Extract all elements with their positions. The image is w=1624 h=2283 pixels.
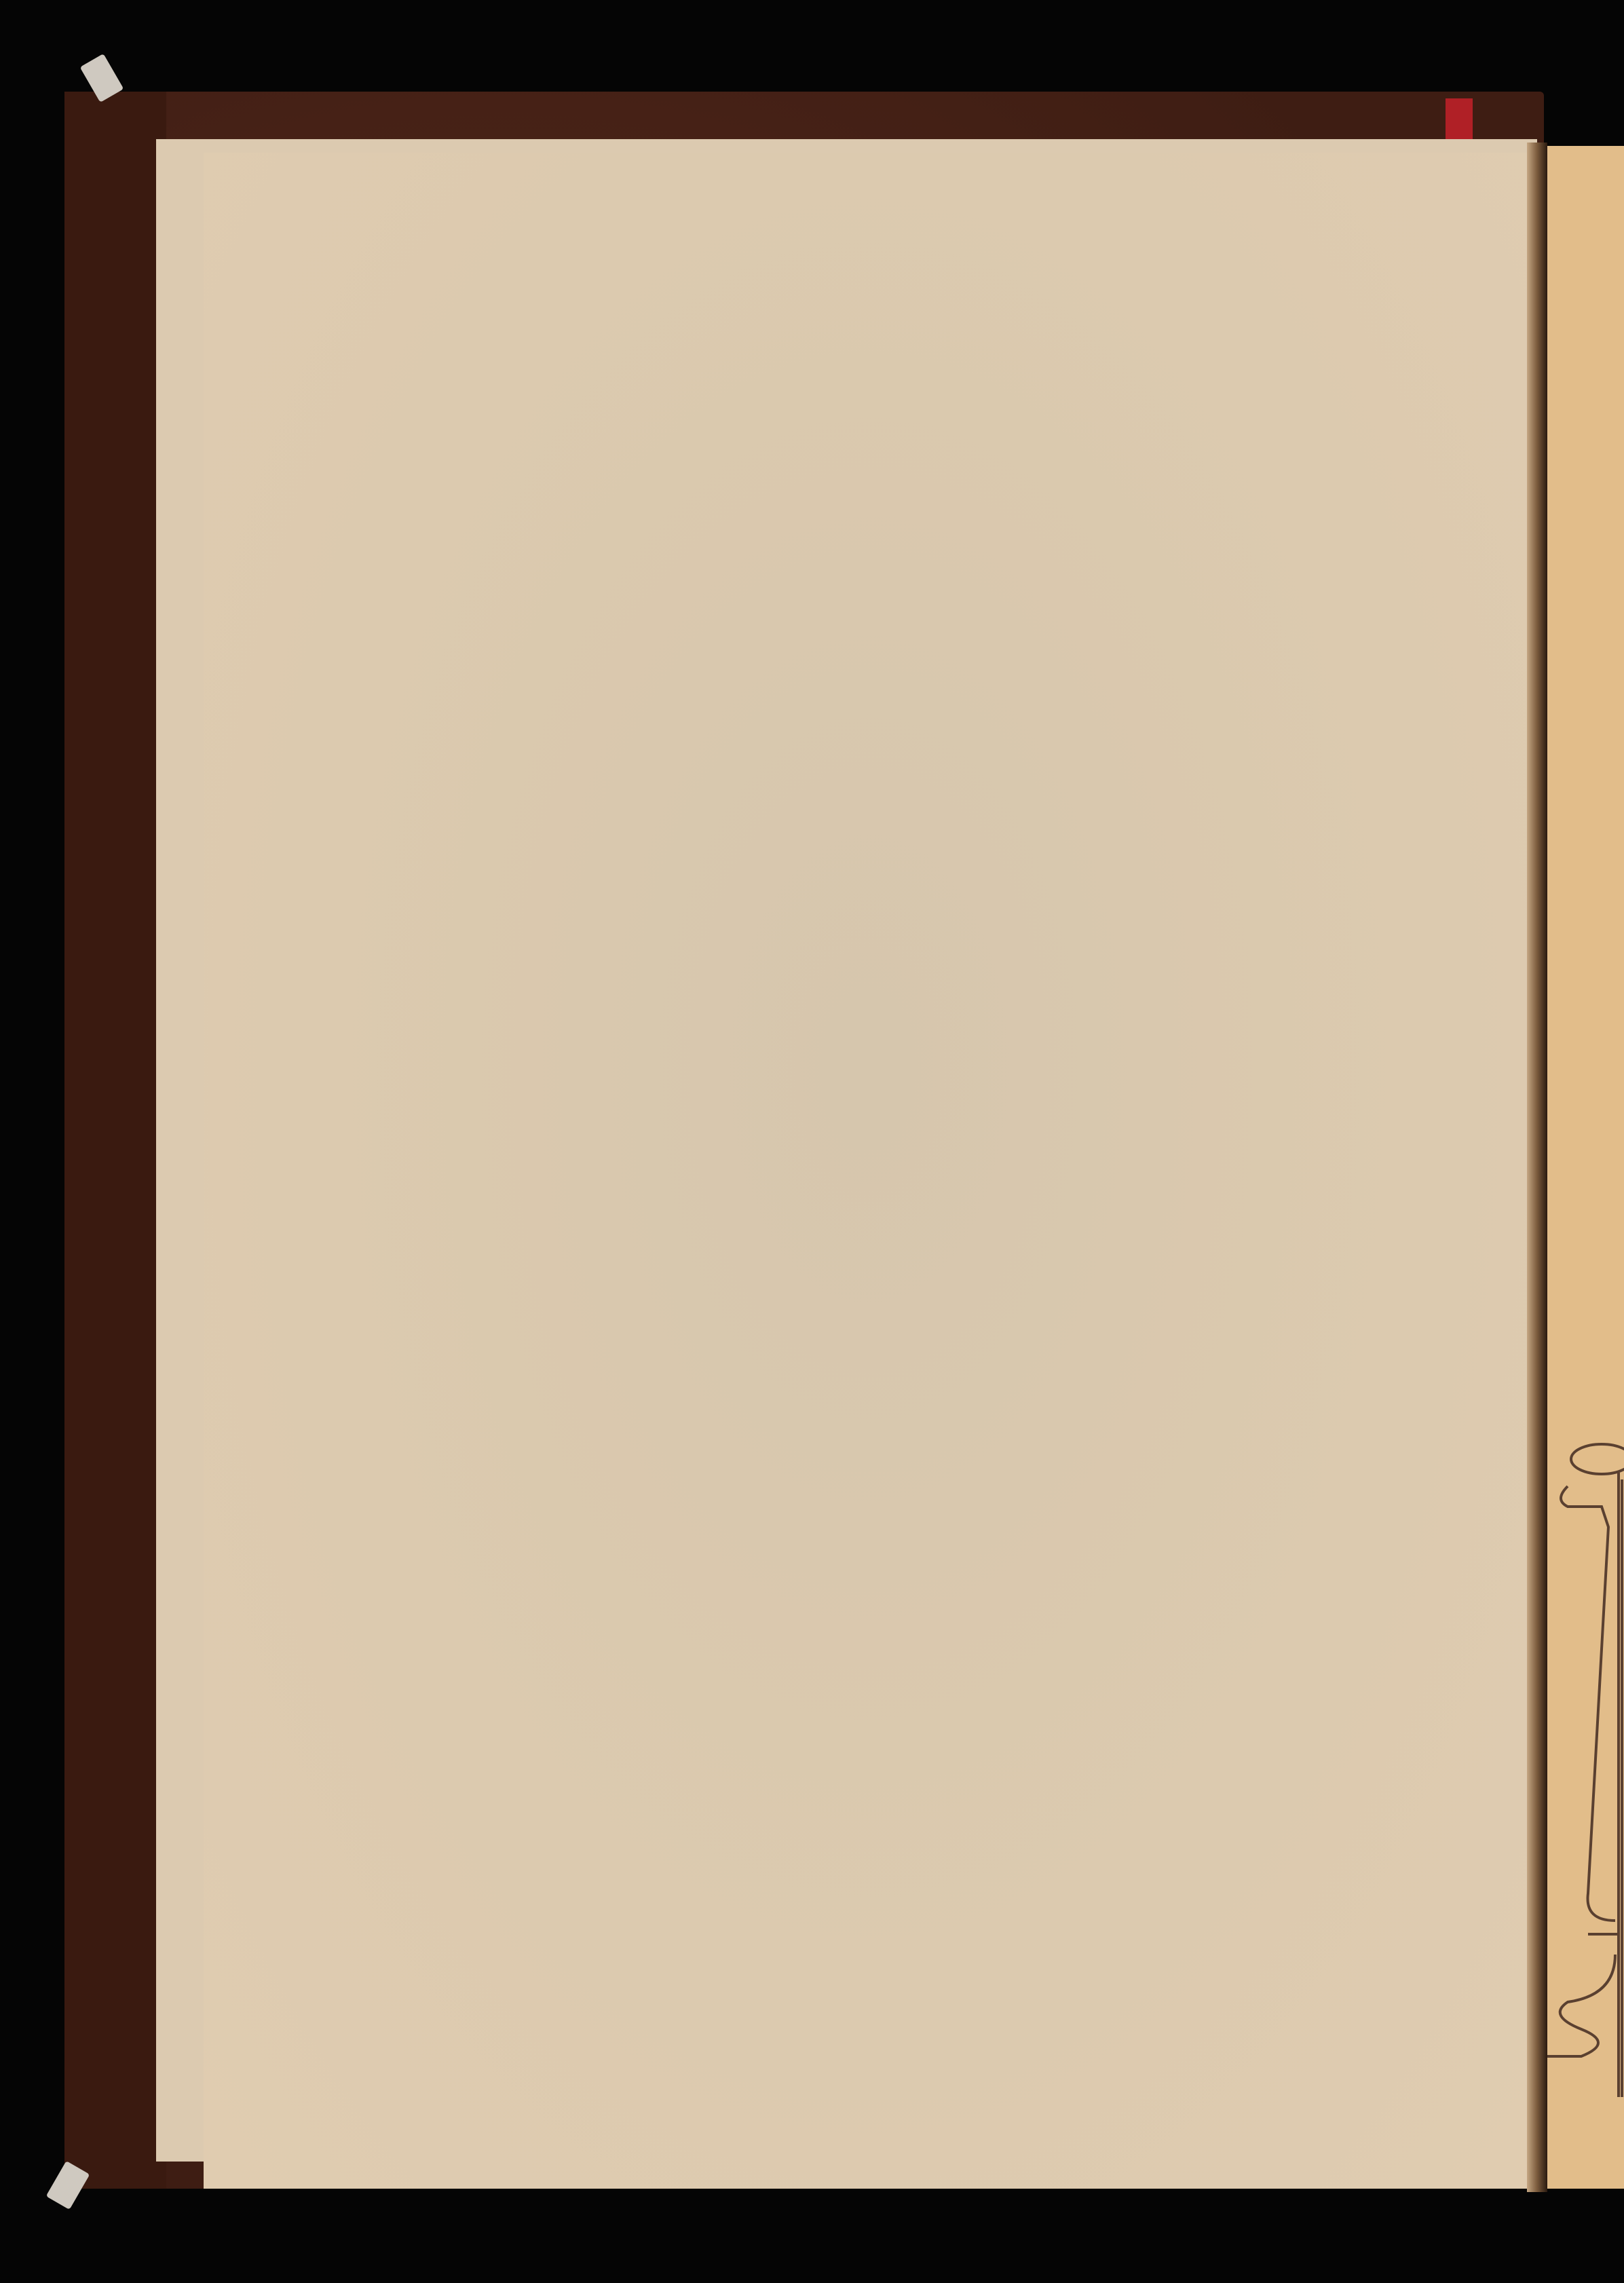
- art-nouveau-ornament: [1541, 1418, 1624, 2185]
- cover-spine-edge: [64, 92, 166, 2189]
- blank-endpaper: [204, 153, 1534, 2189]
